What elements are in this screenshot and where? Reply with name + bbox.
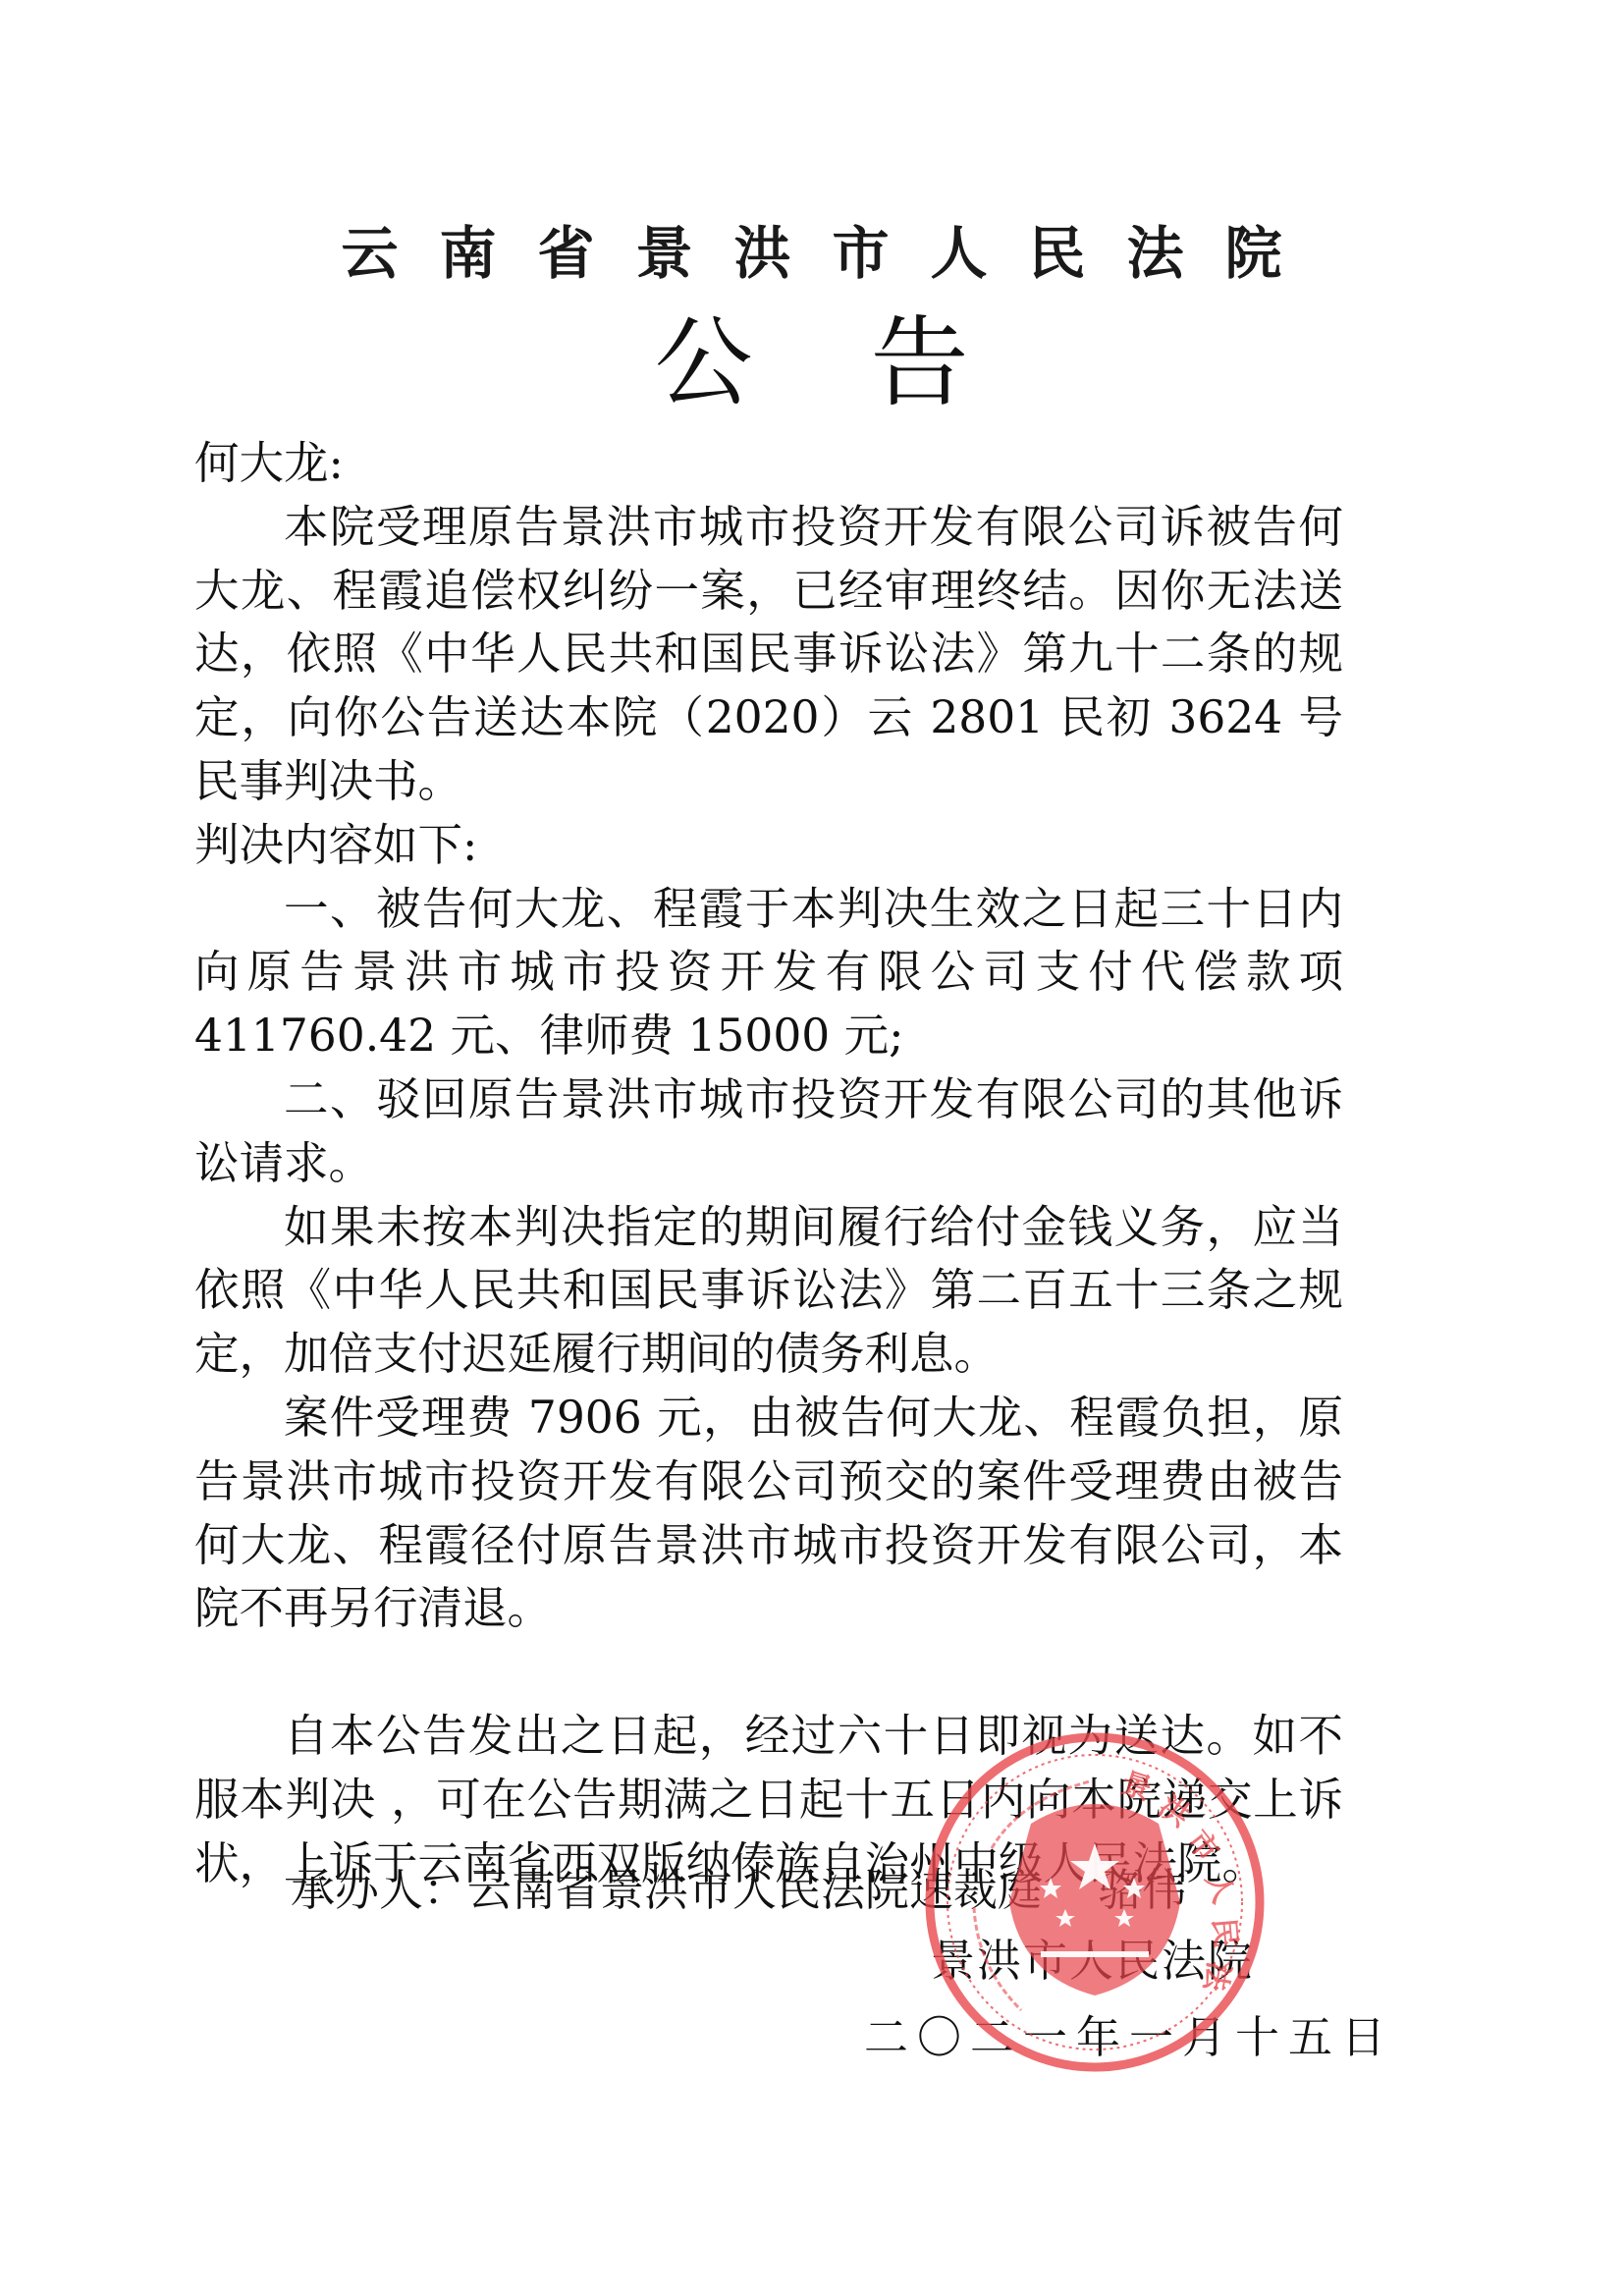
paragraph-service-reason: 本院受理原告景洪市城市投资开发有限公司诉被告何大龙、程霞追偿权纠纷一案，已经审理… xyxy=(194,496,1343,814)
notice-title: 公告 xyxy=(0,300,1623,427)
spacer xyxy=(194,1641,1343,1705)
issuing-court: 景洪市人民法院 xyxy=(931,1927,1254,1995)
paragraph-judgment-item-1: 一、被告何大龙、程霞于本判决生效之日起三十日内向原告景洪市城市投资开发有限公司支… xyxy=(194,878,1343,1068)
issue-date: 二〇二一年一月十五日 xyxy=(864,2003,1394,2072)
paragraph-late-performance: 如果未按本判决指定的期间履行给付金钱义务，应当依照《中华人民共和国民事诉讼法》第… xyxy=(194,1196,1343,1387)
handler-line: 承办人：云南省景洪市人民法院速裁庭 骆伟 xyxy=(291,1856,1186,1925)
paragraph-judgment-intro: 判决内容如下: xyxy=(194,814,1343,878)
paragraph-case-fee: 案件受理费 7906 元，由被告何大龙、程霞负担，原告景洪市城市投资开发有限公司… xyxy=(194,1387,1343,1641)
salutation: 何大龙: xyxy=(194,432,1343,496)
paragraph-judgment-item-2: 二、驳回原告景洪市城市投资开发有限公司的其他诉讼请求。 xyxy=(194,1068,1343,1196)
court-name-heading: 云南省景洪市人民法院 xyxy=(0,214,1623,293)
court-notice-page: 云南省景洪市人民法院 公告 何大龙: 本院受理原告景洪市城市投资开发有限公司诉被… xyxy=(0,0,1623,2296)
notice-body: 何大龙: 本院受理原告景洪市城市投资开发有限公司诉被告何大龙、程霞追偿权纠纷一案… xyxy=(194,432,1343,1896)
